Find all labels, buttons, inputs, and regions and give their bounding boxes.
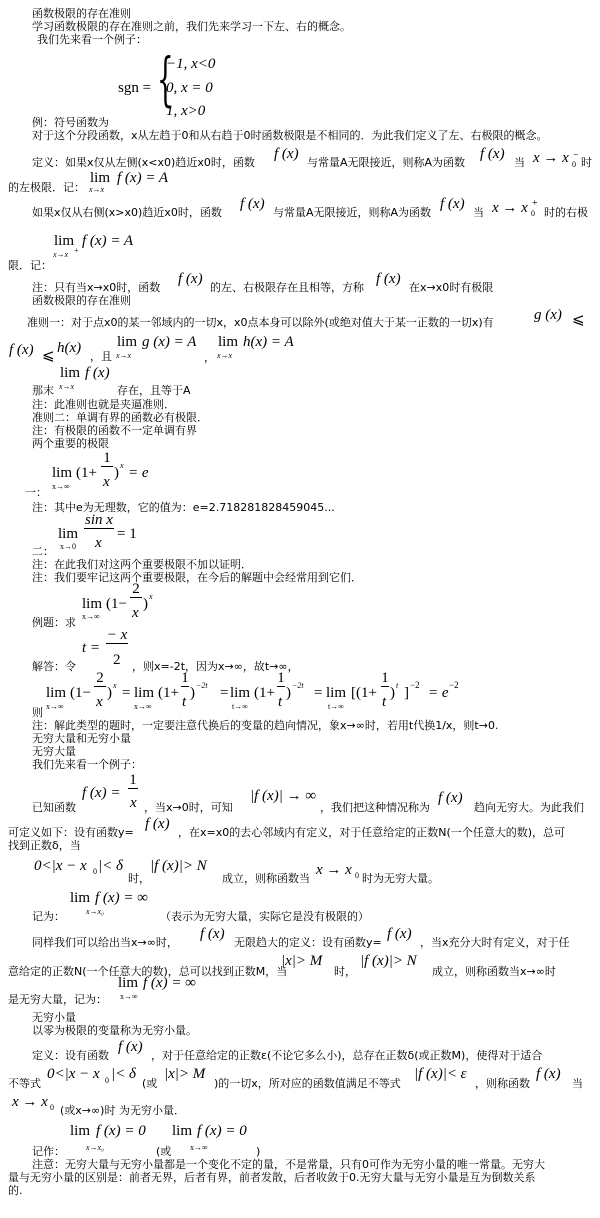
expr: (1+ (158, 685, 179, 701)
text: ，对于任意给定的正数ε(不论它多么小)，总存在正数δ(或正数M)，使得对于适合 (151, 1049, 542, 1062)
sgn-case-1: −1, x<0 (166, 56, 215, 72)
denominator: x (96, 694, 103, 710)
lim-sub: x→0 (60, 542, 76, 551)
numerator: 1 (381, 670, 389, 687)
text: 定义：设有函数 (32, 1049, 109, 1062)
text: 准则一：对于点x0的某一邻域内的一切x，x0点本身可以除外(或绝对值大于某一正数… (27, 316, 494, 329)
sup: + (532, 199, 538, 208)
le: ⩽ (42, 348, 55, 364)
criteria-title: 函数极限的存在准则 (32, 294, 131, 307)
infinitely-small-title: 无穷小量 (32, 1011, 76, 1024)
infinitely-small-intro: 以零为极限的变量称为无穷小量。 (32, 1024, 197, 1037)
power: t (396, 681, 398, 690)
sgn-case-3: 1, x>0 (166, 103, 205, 119)
note-e-value: 注：其中e为无理数，它的值为：e=2.718281828459045... (32, 501, 335, 514)
fx: f (x) (376, 271, 401, 287)
text: ，则x=-2t，因为x→∞，故t→∞， (132, 660, 299, 673)
le: ⩽ (572, 312, 585, 328)
text: ，当x→0时，可知 (144, 801, 233, 814)
fx: f (x) (274, 146, 299, 162)
sgn-lhs: sgn = (118, 80, 151, 96)
text: 与常量A无限接近，则称A为函数 (307, 156, 465, 169)
text: 注：只有当x→x0时，函数 (32, 281, 160, 294)
lim-sub: x→x (59, 382, 74, 391)
text: 可定义如下：设有函数y= (8, 826, 134, 839)
text: 的左极限．记： (8, 181, 85, 194)
fx: f (x) (118, 1039, 143, 1055)
lim: lim (54, 233, 74, 249)
sub: 0 (93, 867, 97, 876)
expr: ) (190, 685, 195, 701)
lim-sub: t→∞ (328, 702, 344, 711)
fx: f (x) (9, 342, 34, 358)
expr: ] (404, 685, 409, 701)
text: 时， (334, 965, 356, 978)
lim: lim (118, 975, 138, 991)
lim-sub: x→x (116, 351, 131, 360)
lim-sub: x→∞ (46, 702, 64, 711)
label: 二： (32, 545, 54, 558)
infinity-title: 无穷大量和无穷小量 (32, 732, 131, 745)
hx: h(x) (57, 340, 81, 356)
expr: f (x) = 0 (96, 1123, 146, 1139)
example-intro: 我们先来看一个例子： (37, 33, 147, 46)
arrow-expr: x → x (492, 200, 528, 216)
numerator: 2 (94, 670, 106, 687)
expr: ) (143, 596, 148, 612)
text: 已知函数 (32, 801, 76, 814)
expr: f (x) = (82, 785, 120, 801)
inequality: |< δ (98, 858, 123, 874)
lim: lim (70, 890, 90, 906)
equals: = (220, 685, 228, 701)
text: 当 (572, 1077, 583, 1090)
power: x (113, 681, 117, 690)
inequality: |x|> M (281, 953, 322, 969)
text: 限．记： (8, 259, 52, 272)
text: 时 (581, 156, 592, 169)
fx: f (x) (440, 196, 465, 212)
expr: h(x) = A (243, 334, 294, 350)
text: 存在，且等于A (117, 384, 191, 397)
result: = e (428, 685, 449, 701)
text: 在x→x0时有极限 (409, 281, 493, 294)
equals: = (122, 685, 130, 701)
expr: f (x) = A (82, 233, 133, 249)
denominator: x (130, 795, 137, 811)
text: 时的右极 (544, 206, 588, 219)
expr: ) (114, 465, 119, 481)
numerator: 1 (277, 670, 285, 687)
text: 量与无穷小量的区别是：前者无界，后者有界，前者发散，后者收敛于0.无穷大量与无穷… (8, 1171, 536, 1184)
lim: lim (218, 334, 238, 350)
note-bounded: 注：有极限的函数不一定单调有界 (32, 424, 197, 437)
text: 同样我们可以给出当x→∞时， (32, 936, 178, 949)
text: 是无穷大量，记为： (8, 993, 107, 1006)
sup: − (573, 151, 579, 160)
lim: lim (172, 1123, 192, 1139)
denominator: x (132, 605, 139, 621)
text: 无限趋大的定义：设有函数y= (234, 936, 382, 949)
equals: = (314, 685, 322, 701)
lim: lim (90, 170, 110, 186)
inequality: |f (x)|> N (150, 858, 207, 874)
text: 注意：无穷大量与无穷小量都是一个变化不定的量，不是常量，只有0可作为无穷小量的唯… (32, 1158, 545, 1171)
text: 与常量A无限接近，则称A为函数 (273, 206, 431, 219)
text: ，我们把这种情况称为 (320, 801, 430, 814)
expr: (1+ (76, 465, 97, 481)
denominator: t (182, 694, 186, 710)
arrow-expr: x → x (533, 150, 569, 166)
text: 如果x仅从右侧(x>x0)趋近x0时，函数 (32, 206, 222, 219)
note-substitution: 注：解此类型的题时，一定要注意代换后的变量的趋向情况，象x→∞时，若用t代换1/… (32, 719, 498, 732)
fx: f (x) (240, 196, 265, 212)
text: ，当x充分大时有定义，对于任 (420, 936, 570, 949)
lim-sub: x→∞ (82, 612, 100, 621)
inequality: |f (x)|> N (360, 953, 417, 969)
power: x (149, 592, 153, 601)
lim-sub: t→∞ (232, 702, 248, 711)
rhs: = 1 (117, 526, 137, 542)
text: 定义：如果x仅从左侧(x<x0)趋近x0时，函数 (32, 156, 255, 169)
power: −2 (410, 681, 420, 690)
intro-text: 学习函数极限的存在准则之前，我们先来学习一下左、右的概念。 (32, 20, 351, 33)
label: 一： (25, 486, 47, 499)
fx: f (x) (145, 816, 170, 832)
numerator: 1 (181, 670, 189, 687)
lim: lim (230, 685, 250, 701)
text: 时， (128, 872, 150, 885)
arrow-expr: x → x (316, 862, 352, 878)
denominator: 2 (113, 652, 121, 668)
power: x (120, 461, 124, 470)
lim: lim (117, 334, 137, 350)
text: 的. (8, 1184, 23, 1197)
denominator: t (382, 694, 386, 710)
expr: (1− (70, 685, 91, 701)
fx: f (x) (536, 1066, 561, 1082)
text: (或 (142, 1077, 157, 1090)
expr: (1− (106, 596, 127, 612)
gx: g (x) (534, 307, 562, 323)
text: 当 (514, 156, 525, 169)
lim-sub: x→∞ (190, 1143, 208, 1152)
expr: ) (107, 685, 112, 701)
denominator: t (278, 694, 282, 710)
text: ，则称函数 (475, 1077, 530, 1090)
power: −2 (449, 681, 459, 690)
inequality: |< δ (111, 1066, 136, 1082)
text: 趋向无穷大。为此我们 (474, 801, 584, 814)
expr: ) (286, 685, 291, 701)
power: −2t (196, 681, 208, 690)
note-no-proof: 注：在此我们对这两个重要极限不加以证明． (32, 558, 252, 571)
text: 的左、右极限存在且相等，方称 (210, 281, 364, 294)
expr: ) (390, 685, 395, 701)
t-eq: t = (82, 640, 100, 656)
lim: lim (82, 596, 102, 612)
sub: 0 (572, 160, 576, 169)
expr: f (x) = 0 (197, 1123, 247, 1139)
lim-sub: x→x (53, 250, 68, 259)
numerator: 2 (130, 581, 142, 598)
text: ) (256, 1145, 260, 1158)
fx: f (x) (178, 271, 203, 287)
lim-sub: x→x (89, 185, 104, 194)
example-label: 例：符号函数为 (32, 116, 109, 129)
remark: （表示为无穷大量，实际它是没有极限的） (160, 910, 369, 923)
denominator: x (95, 535, 102, 551)
expr: |f (x)| → ∞ (250, 788, 316, 804)
sub: 0 (531, 209, 535, 218)
fx: f (x) (387, 926, 412, 942)
text: 记为： (32, 910, 65, 923)
inequality: 0<|x − x (47, 1066, 100, 1082)
text: ， (204, 351, 215, 364)
lim-sub: x→∞ (120, 992, 138, 1001)
infinitely-large-title: 无穷大量 (32, 745, 76, 758)
rhs: = e (128, 465, 149, 481)
lim-sub: x→∞ (52, 482, 70, 491)
text: 则 (32, 706, 43, 719)
section-title: 函数极限的存在准则 (32, 7, 131, 20)
text: 那末 (32, 384, 54, 397)
expr: (1+ (254, 685, 275, 701)
lim: lim (326, 685, 346, 701)
fx: f (x) (438, 790, 463, 806)
label: 例题：求 (32, 616, 76, 629)
lim-sub: x→x (217, 351, 232, 360)
text: 当 (473, 206, 484, 219)
expr: f (x) (85, 365, 110, 381)
expr: f (x) = ∞ (95, 890, 148, 906)
sub: 0 (105, 1076, 109, 1085)
arrow-expr: x → x (12, 1094, 48, 1110)
sub: 0 (50, 1103, 54, 1112)
two-limits-title: 两个重要的极限 (32, 437, 109, 450)
power: −2t (292, 681, 304, 690)
label: 解答：令 (32, 660, 76, 673)
expr: g (x) = A (142, 334, 196, 350)
lim: lim (60, 365, 80, 381)
text: ，且 (90, 350, 112, 363)
lim: lim (46, 685, 66, 701)
piecewise-note: 对于这个分段函数，x从左趋于0和从右趋于0时函数极限是不相同的．为此我们定义了左… (32, 129, 548, 142)
expr: f (x) = A (117, 170, 168, 186)
lim: lim (52, 465, 72, 481)
numerator: − x (106, 627, 128, 644)
text: 成立，则称函数当x→∞时 (432, 965, 556, 978)
expr: [(1+ (351, 685, 377, 701)
inequality: |x|> M (164, 1066, 205, 1082)
numerator: 1 (128, 772, 138, 789)
infinity-example-intro: 我们先来看一个例子： (32, 758, 142, 771)
text: 记作： (32, 1145, 65, 1158)
sup: + (74, 246, 79, 255)
sub: 0 (355, 871, 359, 880)
inequality: 0<|x − x (34, 858, 87, 874)
text: (或 (156, 1145, 171, 1158)
text: 成立，则称函数当 (222, 872, 310, 885)
lim: lim (58, 526, 78, 542)
lim-sub: x→x₀ (86, 1143, 104, 1152)
lim: lim (134, 685, 154, 701)
text: 时为无穷大量。 (362, 872, 439, 885)
denominator: x (103, 474, 110, 490)
note-remember: 注：我们要牢记这两个重要极限，在今后的解题中会经常用到它们． (32, 571, 362, 584)
numerator: sin x (84, 512, 114, 529)
lim-sub: x→x₀ (86, 907, 104, 916)
text: 找到正数δ，当 (8, 839, 81, 852)
expr: f (x) = ∞ (143, 975, 196, 991)
note-squeeze: 注：此准则也就是夹逼准则． (32, 398, 175, 411)
fx: f (x) (480, 146, 505, 162)
text: 不等式 (8, 1077, 41, 1090)
text: )的一切x，所对应的函数值满足不等式 (214, 1077, 401, 1090)
fx: f (x) (200, 926, 225, 942)
text: ，在x=x0的去心邻域内有定义，对于任意给定的正数N(一个任意大的数)，总可 (178, 826, 565, 839)
inequality: |f (x)|< ε (414, 1066, 467, 1082)
lim: lim (70, 1123, 90, 1139)
text: (或x→∞)时 为无穷小量． (60, 1104, 185, 1117)
sgn-case-2: 0, x = 0 (166, 80, 213, 96)
lim-sub: x→∞ (134, 702, 152, 711)
numerator: 1 (101, 450, 113, 467)
criterion-two: 准则二：单调有界的函数必有极限． (32, 411, 208, 424)
